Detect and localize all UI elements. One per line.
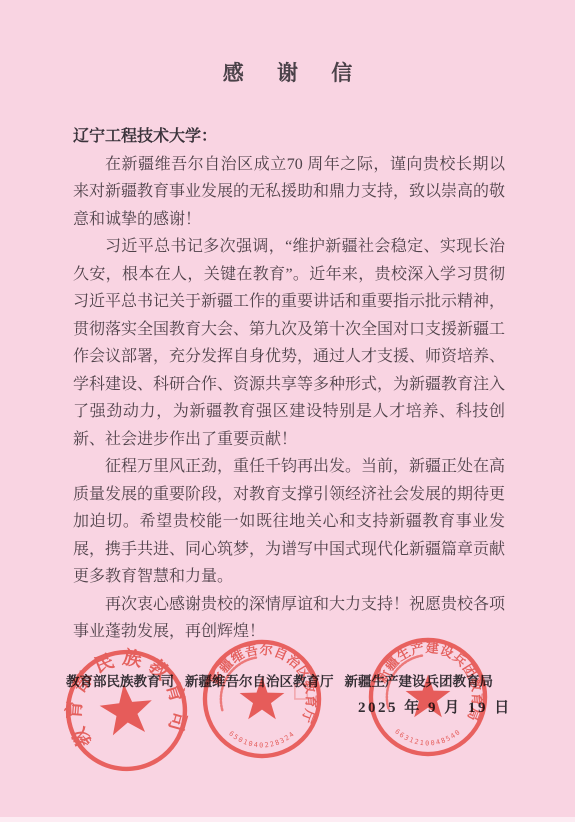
star-icon [98, 681, 155, 736]
letter-body: 辽宁工程技术大学： 在新疆维吾尔自治区成立70 周年之际，谨向贵校长期以来对新疆… [73, 123, 505, 646]
official-seal-moe-ethnic-education: 教育部民族教育司 [57, 641, 197, 781]
star-icon [240, 677, 285, 720]
signature-area: 教育部民族教育司 新疆维吾尔自治区教育厅 6501040228324 [0, 646, 575, 822]
official-seal-xpcc-education-bureau: 新疆生产建设兵团教育局 6631210048540 [366, 635, 490, 759]
seal-number: 6631210048540 [393, 728, 462, 748]
salutation: 辽宁工程技术大学： [73, 123, 505, 151]
paragraph-3: 征程万里风正劲，重任千钧再出发。当前，新疆正处在高质量发展的重要阶段，对教育支撑… [73, 453, 505, 591]
letter-title: 感 谢 信 [0, 57, 575, 87]
paragraph-1: 在新疆维吾尔自治区成立70 周年之际，谨向贵校长期以来对新疆教育事业发展的无私援… [73, 151, 505, 234]
seal-number: 6501040228324 [227, 730, 296, 750]
paragraph-2: 习近平总书记多次强调，“维护新疆社会稳定、实现长治久安，根本在人，关键在教育”。… [73, 233, 505, 453]
official-seal-xinjiang-education-dept: 新疆维吾尔自治区教育厅 6501040228324 [200, 637, 324, 761]
letter-page: 感 谢 信 辽宁工程技术大学： 在新疆维吾尔自治区成立70 周年之际，谨向贵校长… [0, 0, 575, 822]
star-icon [406, 675, 451, 718]
